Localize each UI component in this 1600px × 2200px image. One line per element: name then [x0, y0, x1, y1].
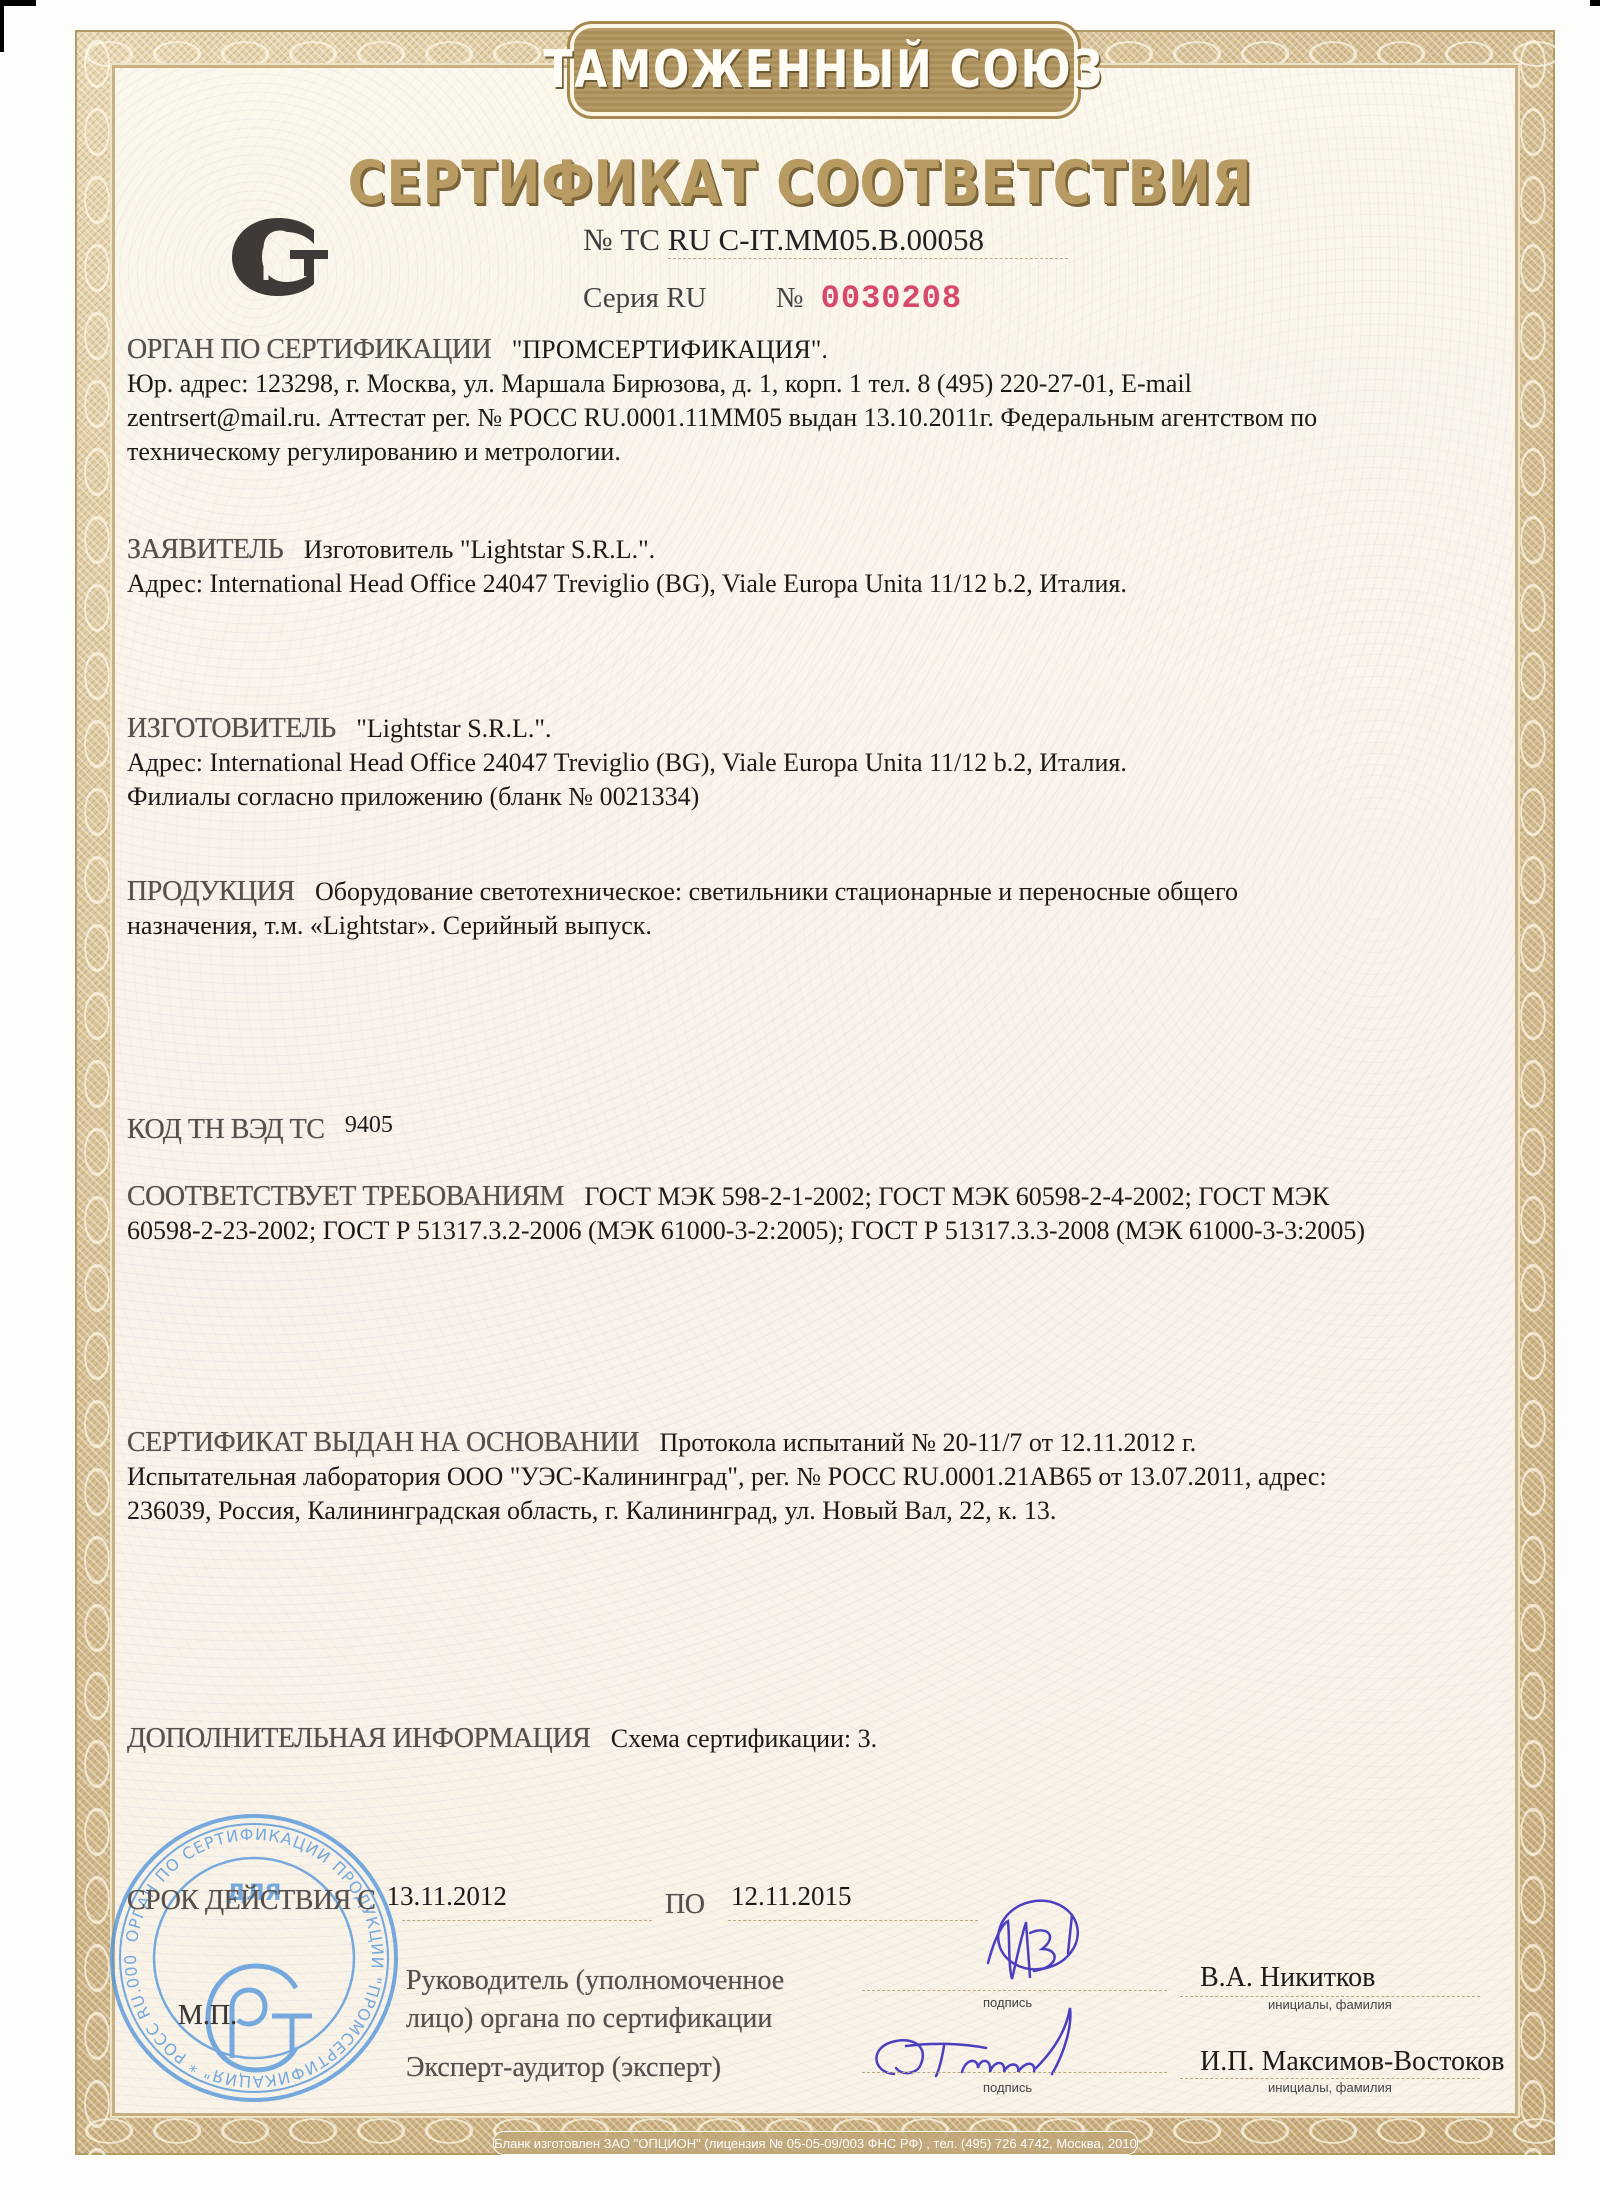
blank-printer-imprint: Бланк изготовлен ЗАО "ОПЦИОН" (лицензия … — [493, 2131, 1138, 2155]
validity-from-label: СРОК ДЕЙСТВИЯ С — [127, 1885, 375, 1916]
section-conforms-to: СООТВЕТСТВУЕТ ТРЕБОВАНИЯМ ГОСТ МЭК 598-2… — [127, 1180, 1507, 1248]
customs-union-banner: ТАМОЖЕННЫЙ СОЮЗ — [574, 28, 1074, 112]
certificate-number: № ТС RU C-IT.MM05.B.00058 — [583, 222, 984, 258]
certification-scheme: Схема сертификации: 3. — [611, 1724, 877, 1753]
scan-edge-mark — [1590, 0, 1600, 6]
section-line: Юр. адрес: 123298, г. Москва, ул. Маршал… — [127, 367, 1507, 401]
expert-signature-caption: подпись — [983, 2080, 1032, 2095]
certificate-number-prefix: № ТС — [583, 222, 660, 257]
section-line: 60598-2-23-2002; ГОСТ Р 51317.3.2-2006 (… — [127, 1214, 1507, 1248]
section-line: Филиалы согласно приложению (бланк № 002… — [127, 780, 1507, 814]
head-name: В.А. Никитков — [1200, 1962, 1375, 1994]
validity-from-date: 13.11.2012 — [386, 1881, 507, 1911]
section-manufacturer: ИЗГОТОВИТЕЛЬ "Lightstar S.R.L.". Адрес: … — [127, 712, 1507, 814]
section-tn-ved-code: КОД ТН ВЭД ТС 9405 — [127, 1113, 1507, 1148]
section-label: ИЗГОТОВИТЕЛЬ — [127, 713, 336, 744]
certificate-number-underline — [668, 258, 1068, 259]
blank-number-prefix: № — [776, 282, 804, 314]
product-description: Оборудование светотехническое: светильни… — [315, 877, 1238, 906]
section-line: zentrsert@mail.ru. Аттестат рег. № РОСС … — [127, 401, 1507, 435]
section-product: ПРОДУКЦИЯ Оборудование светотехническое:… — [127, 875, 1507, 943]
rst-conformity-mark-icon — [228, 214, 340, 300]
section-line: Адрес: International Head Office 24047 T… — [127, 567, 1507, 601]
document-title: СЕРТИФИКАТ СООТВЕТСТВИЯ — [112, 148, 1488, 218]
from-date-underline — [402, 1920, 652, 1921]
head-signature — [968, 1893, 1098, 1993]
test-protocol: Протокола испытаний № 20-11/7 от 12.11.2… — [659, 1428, 1196, 1457]
head-name-caption: инициалы, фамилия — [1268, 1997, 1392, 2012]
blank-number: 0030208 — [821, 280, 962, 317]
series-label: Серия — [583, 282, 659, 314]
expert-name-line — [1180, 2078, 1480, 2079]
section-label: СЕРТИФИКАТ ВЫДАН НА ОСНОВАНИИ — [127, 1427, 639, 1458]
section-certification-body: ОРГАН ПО СЕРТИФИКАЦИИ "ПРОМСЕРТИФИКАЦИЯ"… — [127, 333, 1507, 469]
blank-series: Серия RU № 0030208 — [583, 280, 962, 317]
customs-union-title: ТАМОЖЕННЫЙ СОЮЗ — [544, 40, 1105, 100]
expert-name: И.П. Максимов-Востоков — [1200, 2046, 1504, 2078]
series-value: RU — [666, 282, 706, 314]
to-date-underline — [728, 1920, 978, 1921]
head-role-line1: Руководитель (уполномоченное — [406, 1965, 784, 1997]
expert-role: Эксперт-аудитор (эксперт) — [406, 2052, 721, 2084]
manufacturer-name: "Lightstar S.R.L.". — [356, 714, 551, 743]
section-label: ЗАЯВИТЕЛЬ — [127, 534, 283, 565]
section-issued-basis: СЕРТИФИКАТ ВЫДАН НА ОСНОВАНИИ Протокола … — [127, 1426, 1507, 1528]
section-label: ДОПОЛНИТЕЛЬНАЯ ИНФОРМАЦИЯ — [127, 1723, 590, 1754]
section-line: назначения, т.м. «Lightstar». Серийный в… — [127, 909, 1507, 943]
section-label: ПРОДУКЦИЯ — [127, 876, 295, 907]
validity-period: СРОК ДЕЙСТВИЯ С 13.11.2012 ПО 12.11.2015 — [127, 1885, 507, 1917]
expert-signature-line — [862, 2072, 1167, 2073]
standards-list: ГОСТ МЭК 598-2-1-2002; ГОСТ МЭК 60598-2-… — [584, 1182, 1329, 1211]
section-label: ОРГАН ПО СЕРТИФИКАЦИИ — [127, 334, 491, 365]
certificate-number-value: RU C-IT.MM05.B.00058 — [668, 222, 984, 257]
validity-to-label: ПО — [665, 1889, 704, 1921]
expert-signature — [866, 2002, 1096, 2082]
section-applicant: ЗАЯВИТЕЛЬ Изготовитель "Lightstar S.R.L.… — [127, 533, 1507, 601]
head-role-line2: лицо) органа по сертификации — [406, 2003, 772, 2035]
head-signature-line — [862, 1990, 1167, 1991]
certification-body-name: "ПРОМСЕРТИФИКАЦИЯ". — [512, 335, 828, 364]
section-line: 236039, Россия, Калининградская область,… — [127, 1494, 1507, 1528]
expert-name-caption: инициалы, фамилия — [1268, 2080, 1392, 2095]
section-line: Испытательная лаборатория ООО "УЭС-Калин… — [127, 1460, 1507, 1494]
tn-ved-code-value: 9405 — [345, 1112, 393, 1138]
scan-edge-mark — [0, 0, 36, 6]
section-additional-info: ДОПОЛНИТЕЛЬНАЯ ИНФОРМАЦИЯ Схема сертифик… — [127, 1722, 1507, 1756]
validity-to-date: 12.11.2015 — [731, 1881, 852, 1912]
applicant-name: Изготовитель "Lightstar S.R.L.". — [304, 535, 655, 564]
certification-body-stamp: ОРГАН ПО СЕРТИФИКАЦИИ ПРОДУКЦИИ "ПРОМСЕР… — [104, 1808, 404, 2108]
section-label: КОД ТН ВЭД ТС — [127, 1114, 324, 1145]
section-line: Адрес: International Head Office 24047 T… — [127, 746, 1507, 780]
stamp-place-label: М.П. — [178, 2000, 237, 2032]
section-label: СООТВЕТСТВУЕТ ТРЕБОВАНИЯМ — [127, 1181, 564, 1212]
frame-ornament — [1515, 30, 1551, 2155]
scan-edge-mark — [0, 0, 4, 52]
section-line: техническому регулированию и метрологии. — [127, 435, 1507, 469]
